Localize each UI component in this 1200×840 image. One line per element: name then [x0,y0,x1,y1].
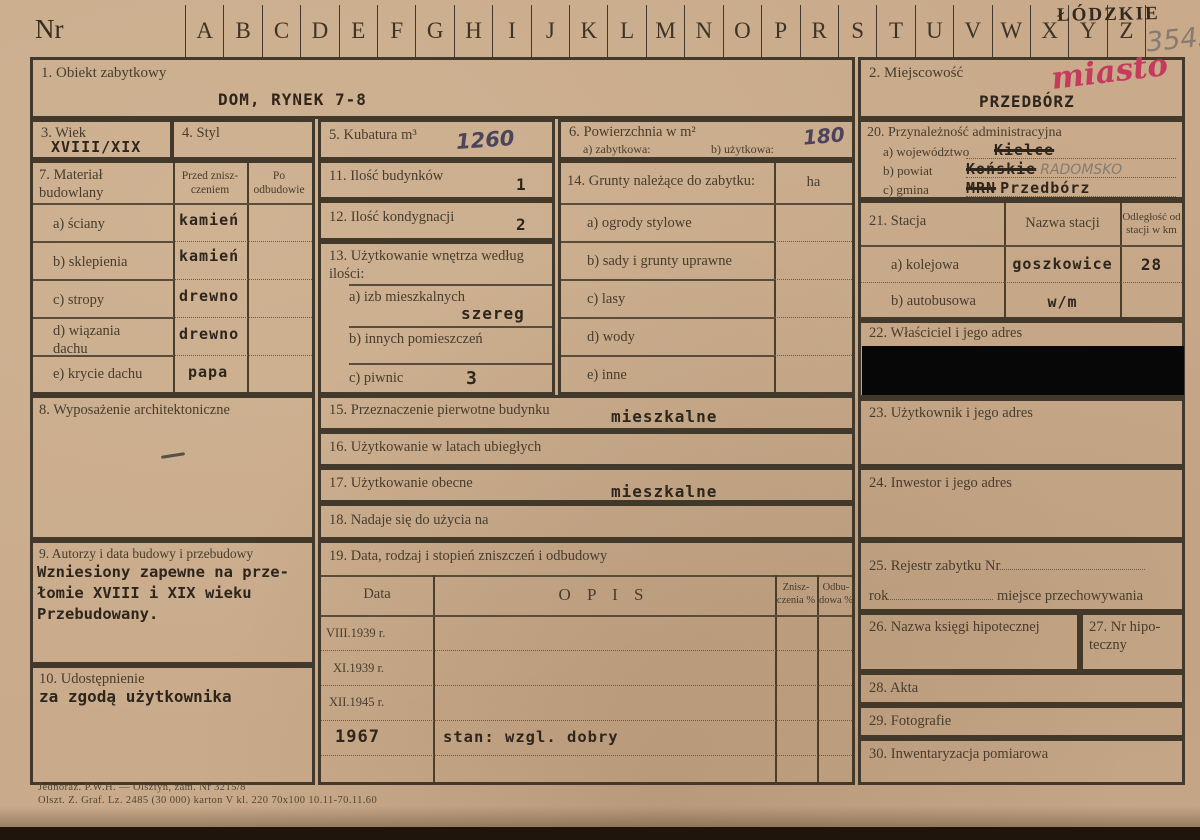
grounds-row-label: b) sady i grunty uprawne [587,253,732,271]
section-2-label: 2. Miejscowość [869,64,963,82]
section-4-style: 4. Styl [171,119,315,160]
station-name-value: goszkowice [1005,249,1120,279]
section-30-survey: 30. Inwentaryzacja pomiarowa [858,738,1185,785]
register-line2: rok miejsce przechowywania [869,585,1143,606]
divider [349,326,552,328]
divider [173,355,312,356]
grounds-row-label: d) wody [587,329,635,347]
divider [561,203,852,205]
index-letter: T [876,5,914,57]
struck-value: Kielce [994,141,1054,159]
admin-row-value: Końskie RADOMSKO [966,160,1176,178]
index-letter: D [300,5,338,57]
section-23-label: 23. Użytkownik i jego adres [869,405,1033,423]
voivodeship-stamp: ŁÓDZKIE [1057,3,1160,27]
damage-row-description: stan: wzgl. dobry [443,728,619,746]
index-letter: V [953,5,991,57]
hectare-unit-label: ha [775,163,852,203]
admin-row-value: MRN Przedbórz [966,179,1176,197]
col-rebuild-pct: Odbu-dowa % [817,575,855,615]
section-25-register: 25. Rejestr zabytku Nr rok miejsce przec… [858,540,1185,612]
rok-label: rok [869,588,888,604]
section-15-label: 15. Przeznaczenie pierwotne budynku [329,402,550,420]
index-letter: F [377,5,415,57]
material-row-value: drewno [179,287,239,305]
interior-row-value: szereg [461,304,525,323]
authors-text-line: Przebudowany. [37,605,158,623]
dotted-blank [1000,555,1145,570]
index-letter: M [646,5,684,57]
redaction-block [862,346,1184,395]
access-value: za zgodą użytkownika [39,687,232,706]
material-row-label: e) krycie dachu [53,366,142,384]
section-19-label: 19. Data, rodzaj i stopień zniszczeń i o… [329,548,607,566]
index-letter: G [415,5,453,57]
section-23-user: 23. Użytkownik i jego adres [858,398,1185,467]
section-11-label: 11. Ilość budynków [329,168,443,186]
divider [774,241,852,242]
current-use-value: mieszkalne [611,482,717,501]
section-30-label: 30. Inwentaryzacja pomiarowa [869,746,1048,764]
material-row-label: c) stropy [53,292,104,310]
struck-value: Końskie [966,160,1036,178]
struck-value: MRN [966,179,996,197]
section-17-label: 17. Użytkowanie obecne [329,475,473,493]
divider [321,720,852,721]
material-row-value: kamień [179,247,239,265]
section-2-locality: 2. Miejscowość PRZEDBÓRZ miasto [858,57,1185,119]
divider [774,317,852,318]
index-letter: P [761,5,799,57]
section-25-label: 25. Rejestr zabytku Nr [869,558,1000,574]
divider [561,317,774,319]
divider [561,241,774,243]
area-value: 180 [802,122,846,150]
age-value: XVIII/XIX [51,138,141,156]
dotted-blank [888,585,993,600]
damage-row-date: XI.1939 r. [333,661,384,676]
section-27-label: 27. Nr hipo-teczny [1089,619,1174,654]
divider [173,241,312,242]
station-row-label: b) autobusowa [891,293,976,311]
index-letter: B [223,5,261,57]
cubature-value: 1260 [455,126,515,154]
station-name-value: w/m [1005,287,1120,317]
index-letter: U [915,5,953,57]
material-row-label: b) sklepienia [53,254,128,272]
divider [861,245,1182,247]
material-row-label: d) wiązania dachu [53,323,148,358]
section-6-area: 6. Powierzchnia w m² a) zabytkowa: b) uż… [558,119,855,160]
index-letter: W [992,5,1030,57]
section-8-label: 8. Wyposażenie architektoniczne [39,402,230,420]
divider [321,685,852,686]
section-7-material-table: 7. Materiał budowlany Przed znisz-czenie… [30,160,315,395]
index-letter: O [723,5,761,57]
divider [321,615,852,617]
print-imprint-line1: Jednoraz. P.W.H. — Olsztyn, zam. Nr 3215… [38,782,246,793]
col-before-destruction: Przed znisz-czeniem [174,165,246,201]
grounds-row-label: c) lasy [587,291,625,309]
section-13-label: 13. Użytkowanie wnętrza według ilości: [329,248,539,283]
index-letter: E [339,5,377,57]
section-14-grounds: 14. Grunty należące do zabytku: ha a) og… [558,160,855,395]
divider [861,282,1182,283]
section-22-owner: 22. Właściciel i jego adres [858,320,1185,398]
divider [321,650,852,651]
divider [173,317,312,318]
divider [774,355,852,356]
section-28-label: 28. Akta [869,680,918,698]
divider [349,363,552,365]
purpose-value: mieszkalne [611,407,717,426]
register-line1: 25. Rejestr zabytku Nr [869,555,1145,576]
station-distance-value: 28 [1121,249,1182,279]
section-10-access: 10. Udostępnienie za zgodą użytkownika [30,665,315,785]
admin-row-label: c) gmina [883,182,929,198]
section-4-label: 4. Styl [182,125,220,143]
section-16-label: 16. Użytkowanie w latach ubiegłych [329,439,541,457]
heritage-record-card: Nr A B C D E F G H I J K L M N O P R S T… [0,0,1200,840]
index-letter: K [569,5,607,57]
divider [33,279,173,281]
area-b-label: b) użytkowa: [711,142,774,157]
col-station-name: Nazwa stacji [1005,203,1120,245]
section-21-label: 21. Stacja [869,213,926,231]
section-19-damage-table: 19. Data, rodzaj i stopień zniszczeń i o… [318,540,855,785]
authors-text-line: łomie XVIII i XIX wieku [37,584,252,602]
print-imprint-line2: Olszt. Z. Graf. Lz. 2485 (30 000) karton… [38,795,377,806]
divider [349,284,552,286]
section-5-label: 5. Kubatura m³ [329,127,417,145]
interior-row-label: c) piwnic [349,370,403,388]
section-1-label: 1. Obiekt zabytkowy [41,64,166,82]
section-14-label: 14. Grunty należące do zabytku: [567,173,755,191]
section-6-label: 6. Powierzchnia w m² [569,124,696,142]
index-letter: N [684,5,722,57]
divider [33,241,173,243]
section-1-object: 1. Obiekt zabytkowy DOM, RYNEK 7-8 [30,57,855,119]
section-24-investor: 24. Inwestor i jego adres [858,467,1185,540]
index-letter: A [185,5,223,57]
section-28-files: 28. Akta [858,672,1185,705]
material-row-value: kamień [179,211,239,229]
divider [561,279,774,281]
handwritten-correction: RADOMSKO [1040,162,1122,178]
authors-text-line: Wzniesiony zapewne na prze- [37,563,289,581]
col-date: Data [321,575,433,615]
interior-row-label: b) innych pomieszczeń [349,331,483,349]
section-8-architectural-fittings: 8. Wyposażenie architektoniczne [30,395,315,540]
section-20-administration: 20. Przynależność administracyjna a) woj… [858,119,1185,200]
section-9-authors-dates: 9. Autorzy i data budowy i przebudowy Wz… [30,540,315,665]
damage-row-date: VIII.1939 r. [326,626,385,641]
grounds-row-label: e) inne [587,367,627,385]
section-11-buildings: 11. Ilość budynków 1 [318,160,555,200]
nr-label: Nr [35,14,64,45]
admin-row-label: a) województwo [883,144,969,160]
section-22-label: 22. Właściciel i jego adres [869,325,1022,343]
section-3-age: 3. Wiek XVIII/XIX [30,119,173,160]
section-18-label: 18. Nadaje się do użycia na [329,512,488,530]
typed-value: Przedbórz [1000,179,1090,197]
section-7-label: 7. Materiał budowlany [39,167,169,202]
section-29-label: 29. Fotografie [869,713,951,731]
section-13-interior-use: 13. Użytkowanie wnętrza według ilości: a… [318,241,555,395]
miejsce-label: miejsce przechowywania [997,588,1143,604]
col-station-distance: Odległość od stacji w km [1121,203,1182,245]
section-12-label: 12. Ilość kondygnacji [329,209,454,227]
object-value: DOM, RYNEK 7-8 [218,90,367,109]
divider [33,203,312,205]
section-5-cubature: 5. Kubatura m³ 1260 [318,119,555,160]
grounds-row-label: a) ogrody stylowe [587,215,692,233]
interior-row-label: a) izb mieszkalnych [349,289,465,307]
divider [33,317,173,319]
index-letter: R [800,5,838,57]
interior-row-value: 3 [466,368,478,389]
section-24-label: 24. Inwestor i jego adres [869,475,1012,493]
index-letter: L [607,5,645,57]
col-destruction-pct: Znisz-czenia % [775,575,817,615]
alphabet-index-row: A B C D E F G H I J K L M N O P R S T U … [185,5,1146,57]
index-letter: S [838,5,876,57]
index-letter: I [492,5,530,57]
admin-row-value: Kielce [966,141,1176,159]
index-letter: C [262,5,300,57]
area-a-label: a) zabytkowa: [583,142,651,157]
section-12-storeys: 12. Ilość kondygnacji 2 [318,200,555,241]
divider [561,355,774,357]
section-21-stations: 21. Stacja Nazwa stacji Odległość od sta… [858,200,1185,320]
storeys-count: 2 [516,215,527,234]
section-29-photographs: 29. Fotografie [858,705,1185,738]
material-row-value: papa [188,363,228,381]
station-row-label: a) kolejowa [891,257,959,275]
material-row-label: a) ściany [53,216,105,234]
divider [173,279,312,280]
damage-row-date: XII.1945 r. [329,695,384,710]
section-27-mortgage-number: 27. Nr hipo-teczny [1080,612,1185,672]
section-16-past-use: 16. Użytkowanie w latach ubiegłych [318,431,855,467]
index-letter: J [531,5,569,57]
buildings-count: 1 [516,175,527,194]
divider [774,279,852,280]
pencil-dash-mark [161,452,185,459]
admin-row-label: b) powiat [883,163,932,179]
divider [321,755,852,756]
section-9-label: 9. Autorzy i data budowy i przebudowy [39,546,253,562]
section-26-label: 26. Nazwa księgi hipotecznej [869,619,1074,637]
card-edge-shadow [0,806,1200,828]
section-15-original-purpose: 15. Przeznaczenie pierwotne budynku mies… [318,395,855,431]
col-description: O P I S [433,575,775,615]
col-after-rebuild: Po odbudowie [248,165,310,201]
index-letter: H [454,5,492,57]
material-row-value: drewno [179,325,239,343]
scan-background-edge [0,827,1200,840]
section-17-current-use: 17. Użytkowanie obecne mieszkalne [318,467,855,503]
section-26-mortgage-book: 26. Nazwa księgi hipotecznej [858,612,1080,672]
damage-row-date: 1967 [335,727,380,747]
section-18-suitable-for: 18. Nadaje się do użycia na [318,503,855,540]
section-20-label: 20. Przynależność administracyjna [867,124,1062,141]
